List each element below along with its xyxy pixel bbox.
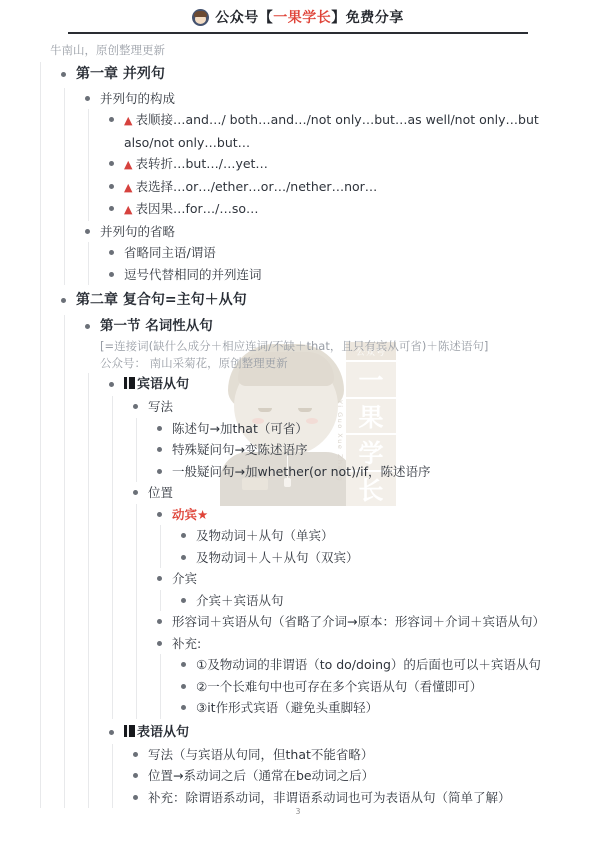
outline-item: 陈述句→加that（可省） xyxy=(156,418,562,440)
bullet-icon xyxy=(85,229,90,234)
outline-item: 及物动词＋从句（单宾） xyxy=(180,525,562,547)
bullet-icon xyxy=(109,117,114,122)
outline-item: 介宾＋宾语从句 xyxy=(180,590,562,612)
children-group: ▲表顺接…and…/ both…and…/not only…but…as wel… xyxy=(88,109,562,221)
bullet-icon xyxy=(133,490,138,495)
bullet-icon xyxy=(109,206,114,211)
header-title-suffix: 】免费分享 xyxy=(331,10,404,26)
item-text: 第二章 复合句=主句＋从句 xyxy=(76,292,247,308)
children-group: 介宾＋宾语从句 xyxy=(160,590,562,612)
bullet-icon xyxy=(133,404,138,409)
red-triangle-icon: ▲ xyxy=(124,203,132,216)
bullet-icon xyxy=(109,250,114,255)
item-text: 第一节 名词性从句 xyxy=(100,318,213,334)
bullet-icon xyxy=(157,469,162,474)
bullet-icon xyxy=(157,426,162,431)
bullet-icon xyxy=(109,382,114,387)
page-number: 3 xyxy=(0,807,596,816)
bullet-icon xyxy=(181,705,186,710)
header-title-prefix: 公众号【 xyxy=(215,10,273,26)
outline-item: 第二章 复合句=主句＋从句 xyxy=(60,288,562,312)
bullet-icon xyxy=(181,662,186,667)
outline-item: ▲表因果…for…/…so… xyxy=(108,198,562,221)
header-divider xyxy=(68,32,528,34)
outline-item: ③it作形式宾语（避免头重脚轻） xyxy=(180,697,562,719)
outline-item: 写法 xyxy=(132,396,562,418)
header-brand-text: 一果学长 xyxy=(273,10,331,26)
item-text: 逗号代替相同的并列连词 xyxy=(124,267,262,282)
children-group: 宾语从句写法陈述句→加that（可省）特殊疑问句→变陈述语序一般疑问句→加whe… xyxy=(88,373,562,808)
outline-item: 补充: xyxy=(156,633,562,655)
bullet-icon xyxy=(109,161,114,166)
bullet-icon xyxy=(85,324,90,329)
bullet-icon xyxy=(61,298,66,303)
outline-item: 一般疑问句→加whether(or not)/if，陈述语序 xyxy=(156,461,562,483)
children-group: ①及物动词的非谓语（to do/doing）的后面也可以＋宾语从句②一个长难句中… xyxy=(160,654,562,719)
bullet-icon xyxy=(157,619,162,624)
red-triangle-icon: ▲ xyxy=(124,158,132,171)
bullet-icon xyxy=(157,576,162,581)
black-square-icon xyxy=(124,377,135,389)
outline-item: 动宾★ xyxy=(156,504,562,526)
item-text: 介宾＋宾语从句 xyxy=(196,593,284,608)
item-note: 公众号： 南山采菊花，原创整理更新 xyxy=(100,355,562,372)
item-text: 并列句的省略 xyxy=(100,224,175,239)
item-text: 补充: xyxy=(172,636,201,651)
item-text: 并列句的构成 xyxy=(100,91,175,106)
outline-item: 省略同主语/谓语 xyxy=(108,242,562,264)
outline-item: ▲表顺接…and…/ both…and…/not only…but…as wel… xyxy=(108,109,562,153)
item-text: 一般疑问句→加whether(or not)/if，陈述语序 xyxy=(172,464,431,479)
item-text: 表顺接…and…/ both…and…/not only…but…as well… xyxy=(124,112,539,150)
bullet-icon xyxy=(133,795,138,800)
outline: 牛南山，原创整理更新 第一章 并列句并列句的构成▲表顺接…and…/ both…… xyxy=(36,42,562,808)
children-group: 第一节 名词性从句[=连接词(缺什么成分＋相应连词/不缺＋that，且只有宾从可… xyxy=(64,315,562,808)
outline-item: ▲表转折…but…/…yet… xyxy=(108,153,562,176)
outline-item: 位置 xyxy=(132,482,562,504)
outline-item: ▲表选择…or…/ether…or…/nether…nor… xyxy=(108,176,562,199)
red-triangle-icon: ▲ xyxy=(124,181,132,194)
outline-root-children: 第一章 并列句并列句的构成▲表顺接…and…/ both…and…/not on… xyxy=(40,62,562,809)
bullet-icon xyxy=(181,555,186,560)
bullet-icon xyxy=(61,72,66,77)
outline-item: 补充：除谓语系动词，非谓语系动词也可为表语从句（简单了解） xyxy=(132,787,562,809)
item-text: 表语从句 xyxy=(137,725,189,740)
bullet-icon xyxy=(133,752,138,757)
header-title: 公众号【一果学长】免费分享 xyxy=(215,7,404,27)
children-group: 及物动词＋从句（单宾）及物动词＋人＋从句（双宾） xyxy=(160,525,562,568)
outline-item: 逗号代替相同的并列连词 xyxy=(108,264,562,286)
outline-item: 位置→系动词之后（通常在be动词之后） xyxy=(132,765,562,787)
children-group: 写法陈述句→加that（可省）特殊疑问句→变陈述语序一般疑问句→加whether… xyxy=(112,396,562,719)
children-group: 并列句的构成▲表顺接…and…/ both…and…/not only…but…… xyxy=(64,88,562,286)
outline-item: 形容词＋宾语从句（省略了介词→原本：形容词＋介词＋宾语从句） xyxy=(156,611,562,633)
item-text: 及物动词＋从句（单宾） xyxy=(196,528,334,543)
avatar-logo-icon xyxy=(192,9,209,26)
black-square-icon xyxy=(124,725,135,737)
bullet-icon xyxy=(85,96,90,101)
bullet-icon xyxy=(109,730,114,735)
bullet-icon xyxy=(133,773,138,778)
item-text: ①及物动词的非谓语（to do/doing）的后面也可以＋宾语从句 xyxy=(196,657,541,672)
outline-item: 并列句的构成 xyxy=(84,88,562,110)
outline-item: 第一节 名词性从句[=连接词(缺什么成分＋相应连词/不缺＋that，且只有宾从可… xyxy=(84,315,562,371)
item-text: 表转折…but…/…yet… xyxy=(135,156,267,171)
outline-item: 并列句的省略 xyxy=(84,221,562,243)
item-text: 省略同主语/谓语 xyxy=(124,245,216,260)
item-text: ②一个长难句中也可存在多个宾语从句（看懂即可） xyxy=(196,679,482,694)
bullet-icon xyxy=(157,512,162,517)
children-group: 写法（与宾语从句同，但that不能省略）位置→系动词之后（通常在be动词之后）补… xyxy=(112,744,562,809)
root-note: 牛南山，原创整理更新 xyxy=(50,42,562,59)
item-text: 写法（与宾语从句同，但that不能省略） xyxy=(148,747,373,762)
outline-item: 第一章 并列句 xyxy=(60,62,562,86)
item-text: 形容词＋宾语从句（省略了介词→原本：形容词＋介词＋宾语从句） xyxy=(172,614,545,629)
item-text: 宾语从句 xyxy=(137,377,189,392)
item-text: 位置→系动词之后（通常在be动词之后） xyxy=(148,768,374,783)
item-text: 介宾 xyxy=(172,571,197,586)
bullet-icon xyxy=(181,533,186,538)
item-text: 陈述句→加that（可省） xyxy=(172,421,308,436)
bullet-icon xyxy=(109,272,114,277)
outline-item: 介宾 xyxy=(156,568,562,590)
outline-item: 宾语从句 xyxy=(108,373,562,396)
outline-item: 特殊疑问句→变陈述语序 xyxy=(156,439,562,461)
item-text: 写法 xyxy=(148,399,173,414)
outline-item: 及物动词＋人＋从句（双宾） xyxy=(180,547,562,569)
children-group: 陈述句→加that（可省）特殊疑问句→变陈述语序一般疑问句→加whether(o… xyxy=(136,418,562,483)
item-text: 位置 xyxy=(148,485,173,500)
bullet-icon xyxy=(157,447,162,452)
item-text: 特殊疑问句→变陈述语序 xyxy=(172,442,307,457)
outline-item: ①及物动词的非谓语（to do/doing）的后面也可以＋宾语从句 xyxy=(180,654,562,676)
item-text: 第一章 并列句 xyxy=(76,66,165,82)
bullet-icon xyxy=(181,684,186,689)
children-group: 省略同主语/谓语逗号代替相同的并列连词 xyxy=(88,242,562,285)
outline-item: 表语从句 xyxy=(108,721,562,744)
children-group: 动宾★及物动词＋从句（单宾）及物动词＋人＋从句（双宾）介宾介宾＋宾语从句形容词＋… xyxy=(136,504,562,719)
item-text: ③it作形式宾语（避免头重脚轻） xyxy=(196,700,378,715)
item-text: 表因果…for…/…so… xyxy=(135,201,258,216)
bullet-icon xyxy=(109,184,114,189)
item-text: 动宾★ xyxy=(172,507,208,522)
bullet-icon xyxy=(181,598,186,603)
bullet-icon xyxy=(157,641,162,646)
item-text: 及物动词＋人＋从句（双宾） xyxy=(196,550,359,565)
red-triangle-icon: ▲ xyxy=(124,114,132,127)
item-text: 表选择…or…/ether…or…/nether…nor… xyxy=(135,179,377,194)
header: 公众号【一果学长】免费分享 xyxy=(0,0,596,28)
item-note: [=连接词(缺什么成分＋相应连词/不缺＋that，且只有宾从可省)＋陈述语句] xyxy=(100,338,562,355)
item-text: 补充：除谓语系动词，非谓语系动词也可为表语从句（简单了解） xyxy=(148,790,511,805)
outline-item: 写法（与宾语从句同，但that不能省略） xyxy=(132,744,562,766)
outline-item: ②一个长难句中也可存在多个宾语从句（看懂即可） xyxy=(180,676,562,698)
